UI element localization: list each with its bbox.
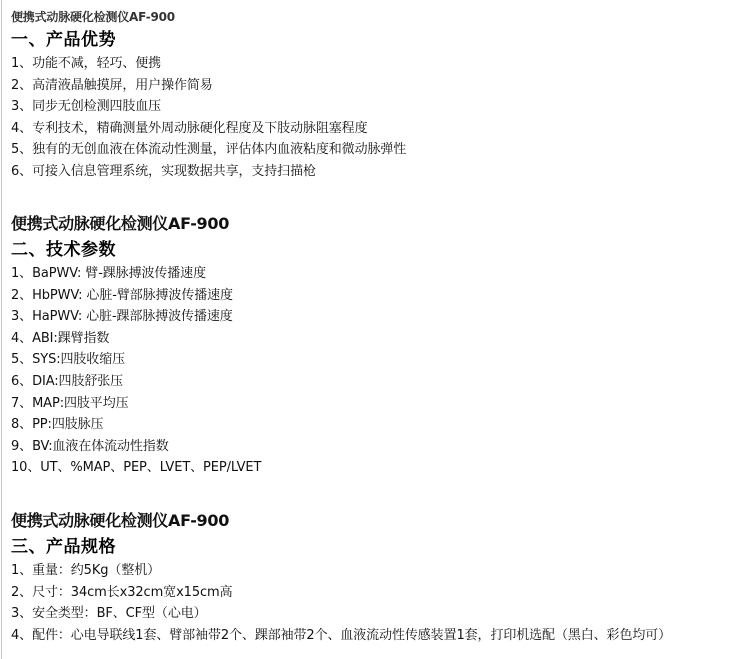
list-item: 4、专利技术，精确测量外周动脉硬化程度及下肢动脉阻塞程度 — [11, 118, 747, 140]
section-product-specifications: 便携式动脉硬化检测仪AF-900 三、产品规格 1、重量：约5Kg（整机） 2、… — [11, 508, 747, 646]
list-item: 2、尺寸：34cm长x32cm宽x15cm高 — [11, 582, 747, 604]
product-title: 便携式动脉硬化检测仪AF-900 — [11, 508, 747, 534]
list-item: 5、SYS:四肢收缩压 — [11, 349, 747, 371]
left-border-line — [1, 0, 2, 659]
advantages-list: 1、功能不减，轻巧、便携 2、高清液晶触摸屏，用户操作简易 3、同步无创检测四肢… — [11, 53, 747, 183]
specifications-list: 1、重量：约5Kg（整机） 2、尺寸：34cm长x32cm宽x15cm高 3、安… — [11, 560, 747, 646]
list-item: 1、重量：约5Kg（整机） — [11, 560, 747, 582]
list-item: 5、独有的无创血液在体流动性测量，评估体内血液粘度和微动脉弹性 — [11, 139, 747, 161]
list-item: 9、BV:血液在体流动性指数 — [11, 436, 747, 458]
list-item: 2、HbPWV: 心脏-臂部脉搏波传播速度 — [11, 285, 747, 307]
list-item: 6、可接入信息管理系统，实现数据共享，支持扫描枪 — [11, 161, 747, 183]
list-item: 3、安全类型：BF、CF型（心电） — [11, 603, 747, 625]
list-item: 7、MAP:四肢平均压 — [11, 393, 747, 415]
list-item: 8、PP:四肢脉压 — [11, 414, 747, 436]
list-item: 1、功能不减，轻巧、便携 — [11, 53, 747, 75]
parameters-list: 1、BaPWV: 臂-踝脉搏波传播速度 2、HbPWV: 心脏-臂部脉搏波传播速… — [11, 263, 747, 479]
section-heading: 二、技术参数 — [11, 237, 747, 263]
list-item: 10、UT、%MAP、PEP、LVET、PEP/LVET — [11, 457, 747, 479]
list-item: 6、DIA:四肢舒张压 — [11, 371, 747, 393]
list-item: 3、HaPWV: 心脏-踝部脉搏波传播速度 — [11, 306, 747, 328]
section-heading: 三、产品规格 — [11, 534, 747, 560]
section-technical-parameters: 便携式动脉硬化检测仪AF-900 二、技术参数 1、BaPWV: 臂-踝脉搏波传… — [11, 211, 747, 479]
list-item: 3、同步无创检测四肢血压 — [11, 96, 747, 118]
list-item: 4、ABI:踝臂指数 — [11, 328, 747, 350]
list-item: 2、高清液晶触摸屏，用户操作简易 — [11, 75, 747, 97]
list-item: 4、配件：心电导联线1套、臂部袖带2个、踝部袖带2个、血液流动性传感装置1套，打… — [11, 625, 747, 647]
section-product-advantages: 便携式动脉硬化检测仪AF-900 一、产品优势 1、功能不减，轻巧、便携 2、高… — [11, 8, 747, 183]
section-heading: 一、产品优势 — [11, 27, 747, 53]
product-title: 便携式动脉硬化检测仪AF-900 — [11, 8, 747, 26]
product-title: 便携式动脉硬化检测仪AF-900 — [11, 211, 747, 237]
list-item: 1、BaPWV: 臂-踝脉搏波传播速度 — [11, 263, 747, 285]
